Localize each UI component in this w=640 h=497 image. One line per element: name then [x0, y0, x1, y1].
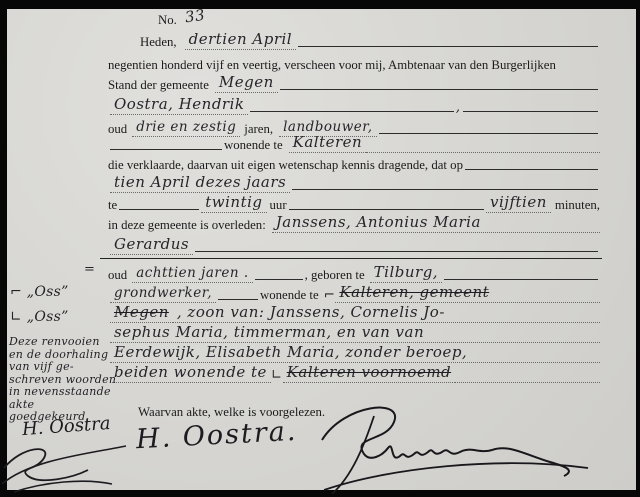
- gemeente-label: Stand der gemeente: [108, 78, 209, 93]
- declarant-residence-row: wonende te Kalteren: [108, 133, 600, 153]
- parents-row-1: Megen , zoon van: Janssens, Cornelis Jo-: [110, 303, 600, 323]
- rule-line: [110, 147, 222, 150]
- rule-line: [298, 44, 598, 47]
- rule-line: [195, 249, 598, 252]
- margin-approval-note: Deze renvooien en de doorhaling van vijf…: [9, 336, 117, 424]
- act-number-value: 33: [184, 6, 206, 27]
- struck-residence-3: Kalteren voornoemd: [283, 363, 455, 383]
- margin-note-line: Deze renvooien: [9, 336, 117, 349]
- rule-line: [289, 207, 484, 210]
- minuten-label: minuten,: [555, 198, 600, 213]
- struck-residence-1: Kalteren, gemeent: [335, 283, 600, 303]
- declarant-name-row: Oostra, Hendrik ,: [110, 95, 600, 115]
- declaration-row: die verklaarde, daarvan uit eigen wetens…: [108, 153, 600, 173]
- deceased-row: in deze gemeente is overleden: Janssens,…: [108, 213, 600, 233]
- death-hour: twintig: [201, 193, 266, 213]
- margin-renvooi-2-text: „Oss”: [27, 309, 69, 325]
- date-row: Heden, dertien April: [140, 30, 600, 50]
- geboren-te-label: , geboren te: [305, 268, 365, 283]
- margin-note-line: in nevensstaande: [9, 386, 117, 399]
- gemeente-row: Stand der gemeente Megen: [108, 73, 600, 93]
- rule-line: [250, 109, 453, 112]
- mother-name-line: Eerdewijk, Elisabeth Maria, zonder beroe…: [110, 343, 600, 363]
- wonende-te-label: wonende te: [224, 138, 283, 153]
- deceased-age-row: oud achttien jaren . , geboren te Tilbur…: [108, 263, 600, 283]
- act-number-label: No.: [158, 13, 177, 28]
- closing-row: Waarvan akte, welke is voorgelezen.: [138, 400, 325, 420]
- wonende-te-2-label: wonende te: [260, 288, 319, 303]
- closing-text: Waarvan akte, welke is voorgelezen.: [138, 405, 325, 420]
- death-date-row: tien April dezes jaars: [110, 173, 600, 193]
- margin-renvooi-1-text: „Oss”: [27, 284, 69, 300]
- parents-row-4: beiden wonende te ∟ Kalteren voornoemd: [110, 363, 600, 383]
- intro-row: negentien honderd vijf en veertig, versc…: [108, 53, 556, 73]
- act-number-row: No. 33: [158, 8, 205, 28]
- parents-row-2: sephus Maria, timmerman, en van van: [110, 323, 600, 343]
- margin-renvooi-1-mark: ⌐: [10, 284, 22, 300]
- oud2-label: oud: [108, 268, 127, 283]
- section-divider: [100, 258, 602, 259]
- margin-renvooi-1: ⌐ „Oss”: [10, 284, 69, 300]
- intro-text: negentien honderd vijf en veertig, versc…: [108, 58, 556, 73]
- margin-signature-flourish: [0, 438, 130, 496]
- declarant-residence: Kalteren: [289, 133, 367, 153]
- renvooi-insert-mark-1: ⌐: [324, 287, 336, 303]
- heden-label: Heden,: [140, 35, 177, 50]
- declaration-text: die verklaarde, daarvan uit eigen wetens…: [108, 158, 463, 173]
- death-certificate-scan: No. 33 Heden, dertien April negentien ho…: [0, 0, 640, 497]
- parents-residence-label: beiden wonende te: [110, 363, 271, 383]
- rule-line: [255, 277, 303, 280]
- father-name-line: , zoon van: Janssens, Cornelis Jo-: [173, 303, 600, 323]
- death-minutes: vijftien: [486, 193, 551, 213]
- margin-renvooi-2-mark: ∟: [10, 309, 22, 325]
- deceased-name-1: Janssens, Antonius Maria: [272, 213, 600, 233]
- rule-line: [119, 207, 199, 210]
- comma-mark: ,: [456, 99, 461, 115]
- official-signature-flourish: [308, 398, 594, 494]
- uur-label: uur: [270, 198, 287, 213]
- father-occupation-line: sephus Maria, timmerman, en van van: [110, 323, 600, 343]
- gemeente-value: Megen: [215, 73, 278, 93]
- deceased-name-2: Gerardus: [110, 235, 193, 255]
- death-date: tien April dezes jaars: [110, 173, 290, 193]
- te-label: te: [108, 198, 117, 213]
- deceased-age: achttien jaren .: [132, 265, 252, 283]
- margin-note-line: van vijf ge-: [9, 361, 117, 374]
- deceased-occupation: grondwerker,: [110, 285, 216, 303]
- renvooi-insert-mark-2: ∟: [271, 367, 283, 383]
- deceased-occupation-row: grondwerker, wonende te ⌐ Kalteren, geme…: [110, 283, 600, 303]
- renvooi-equals-mark: =: [84, 262, 95, 277]
- rule-line: [465, 167, 598, 170]
- rule-line: [292, 187, 598, 190]
- margin-renvooi-2: ∟ „Oss”: [10, 309, 69, 325]
- birthplace: Tilburg,: [370, 263, 442, 283]
- overleden-label: in deze gemeente is overleden:: [108, 218, 266, 233]
- rule-line: [218, 297, 258, 300]
- declarant-name: Oostra, Hendrik: [110, 95, 248, 115]
- death-time-row: te twintig uur vijftien minuten,: [108, 193, 600, 213]
- rule-line: [444, 277, 598, 280]
- parents-row-3: Eerdewijk, Elisabeth Maria, zonder beroe…: [110, 343, 600, 363]
- dotted-line: [455, 381, 600, 383]
- death-registration-date: dertien April: [185, 30, 296, 50]
- deceased-name-2-row: Gerardus: [110, 235, 600, 255]
- struck-residence-2: Megen: [110, 303, 173, 323]
- rule-line: [463, 109, 598, 112]
- rule-line: [280, 87, 598, 90]
